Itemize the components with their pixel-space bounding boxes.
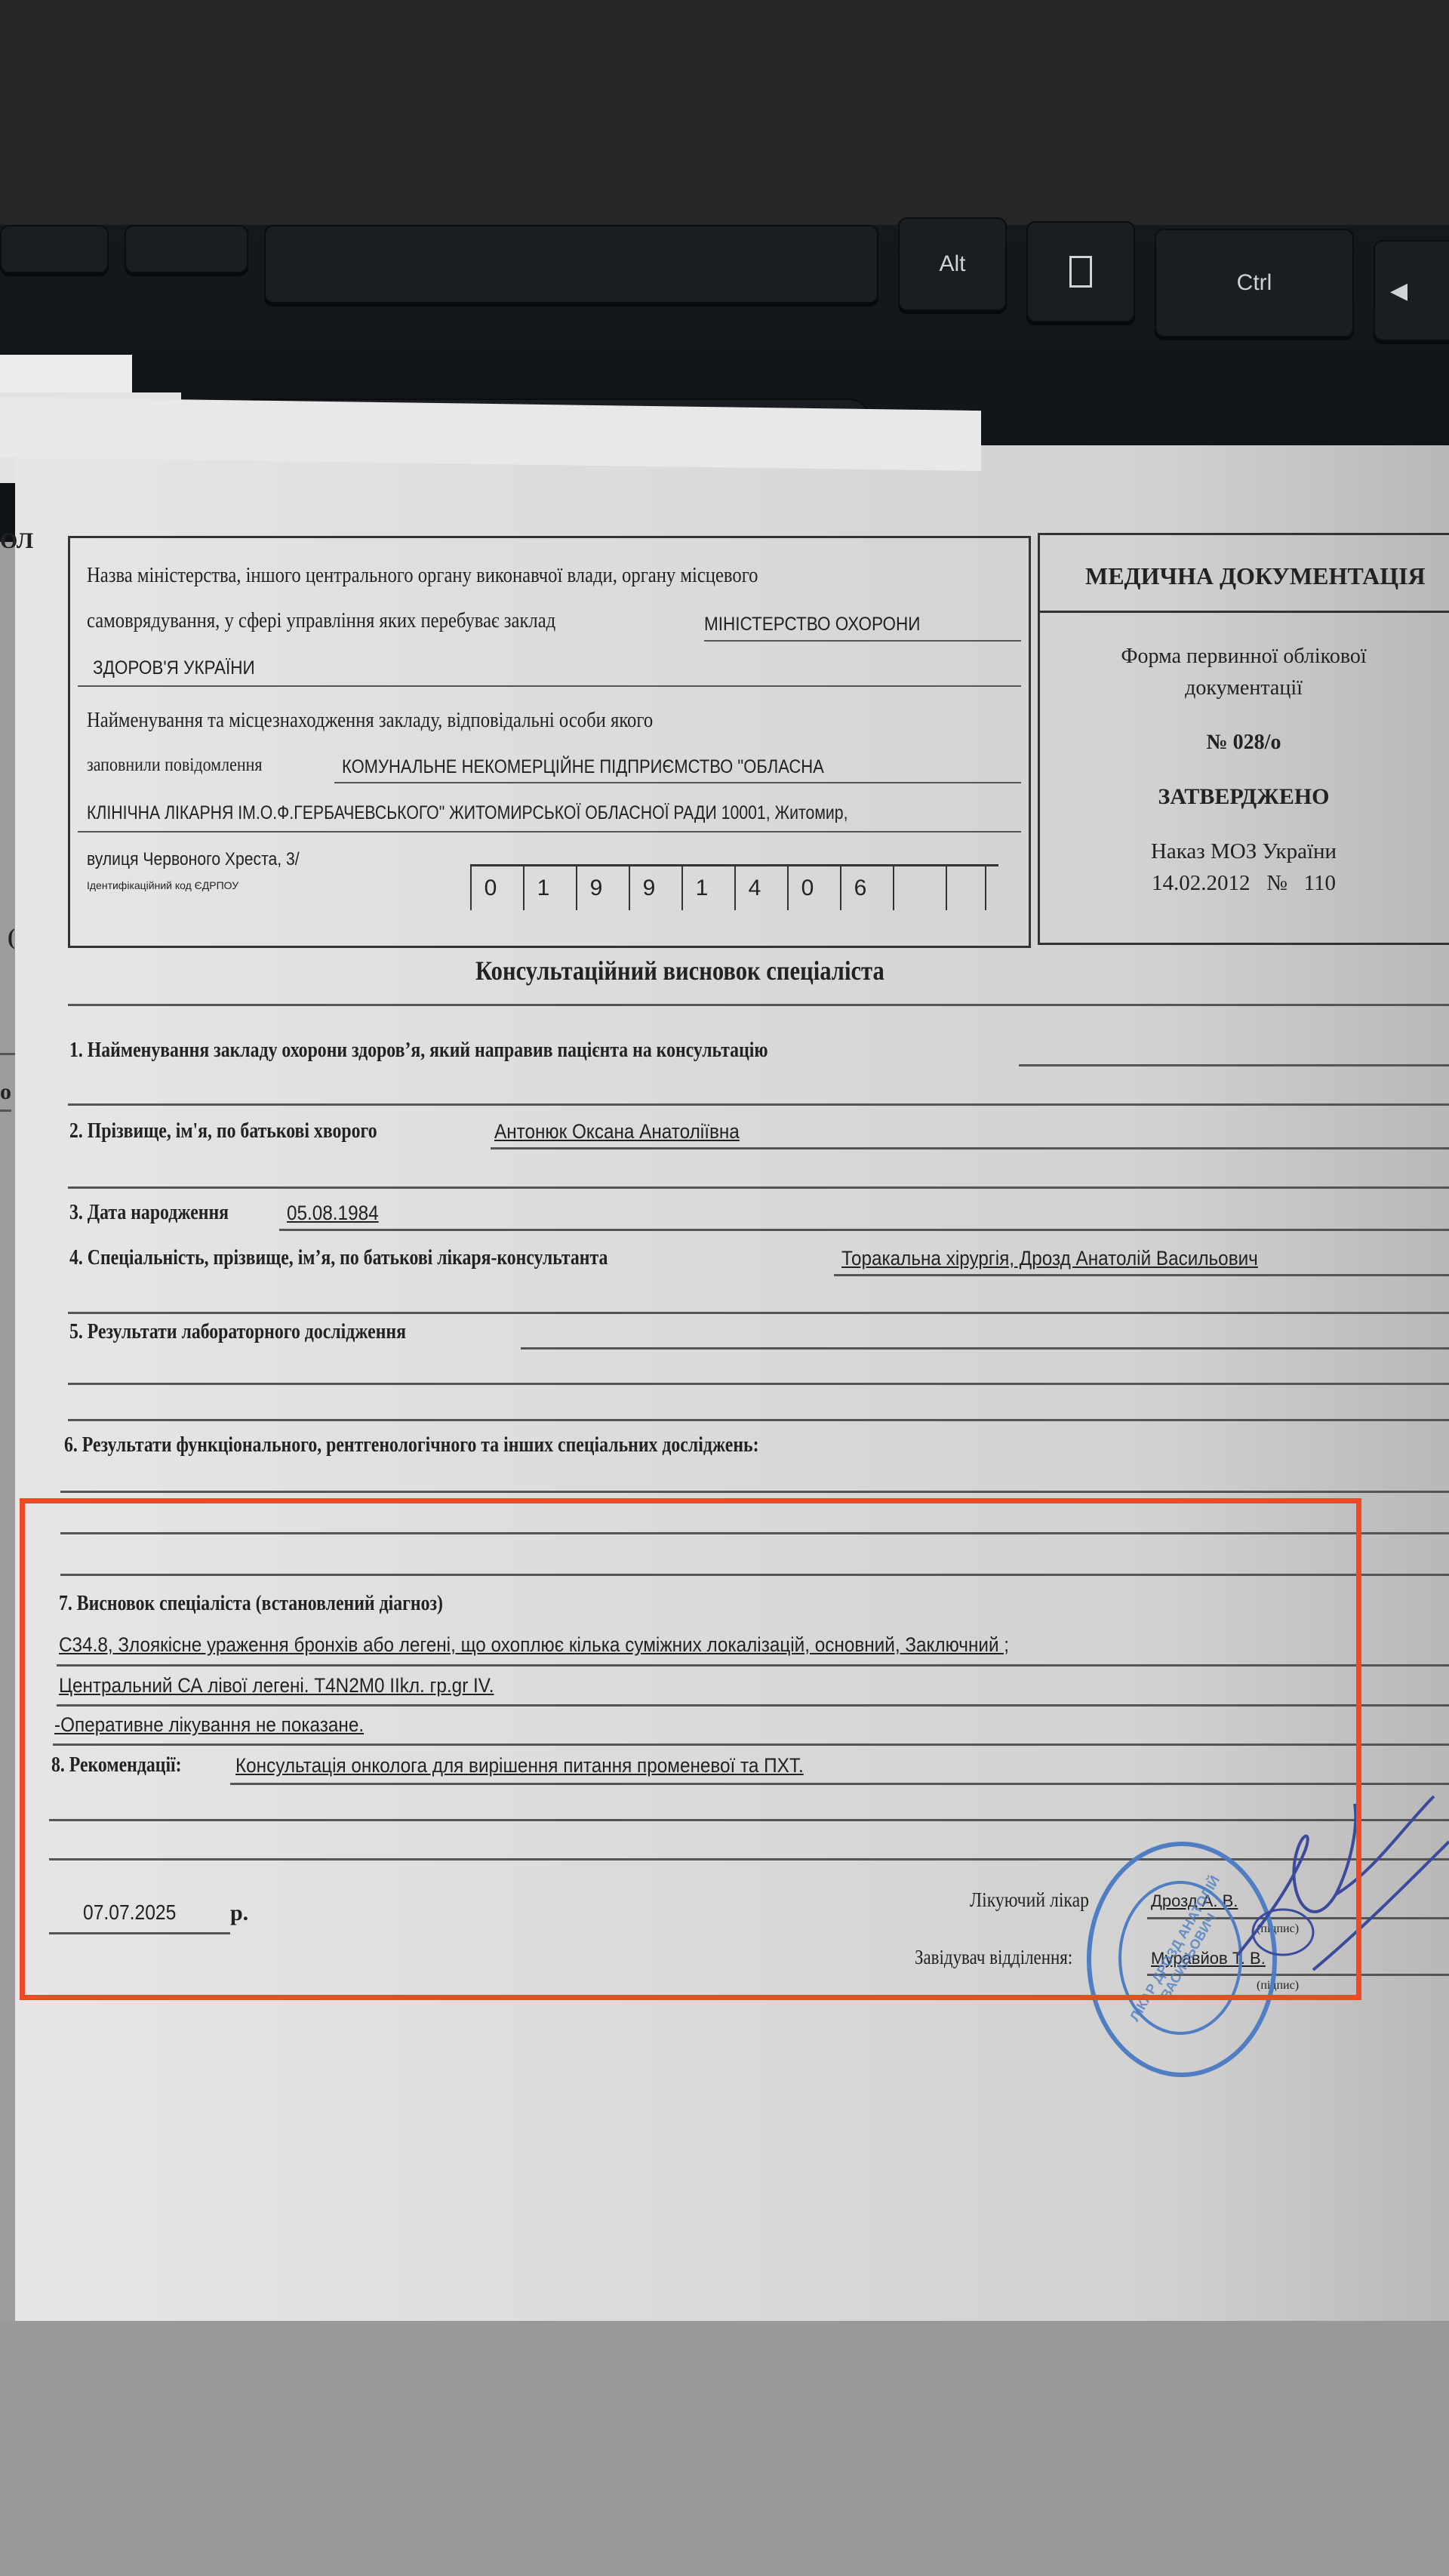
underlying-page-text: о [0, 1079, 11, 1105]
field-underline [78, 685, 1021, 687]
page-top-edge [0, 397, 981, 471]
institution-value: КОМУНАЛЬНЕ НЕКОМЕРЦІЙНЕ ПІДПРИЄМСТВО "ОБ… [342, 756, 824, 778]
institution-address: вулиця Червоного Хреста, 3/ [87, 849, 300, 870]
consultant-value: Торакальна хірургія, Дрозд Анатолій Васи… [841, 1247, 1258, 1270]
keyboard-key-ctrl: Ctrl [1155, 229, 1354, 337]
keyboard-key-arrow: ◀ [1374, 240, 1449, 341]
order-date-line: 14.02.2012 № 110 [1040, 867, 1447, 899]
edrpou-digit: 9 [629, 866, 668, 910]
approved-label: ЗАТВЕРДЖЕНО [1040, 781, 1447, 813]
item-4-field-line [834, 1274, 1449, 1276]
underlying-page-line [0, 1053, 15, 1055]
title-underline [68, 1004, 1449, 1006]
blank-line [68, 1383, 1449, 1385]
institution-label: Найменування та місцезнаходження закладу… [87, 709, 653, 733]
keyboard-key-alt: Alt [898, 217, 1007, 311]
edrpou-digit: 1 [681, 866, 721, 910]
ministry-value: МІНІСТЕРСТВО ОХОРОНИ [704, 614, 920, 636]
item-1-label: 1. Найменування закладу охорони здоров’я… [69, 1038, 768, 1063]
edrpou-digit: 0 [470, 866, 509, 910]
item-1-field-line [1019, 1064, 1449, 1066]
edrpou-digit: 0 [787, 866, 826, 910]
item-5-label: 5. Результати лабораторного дослідження [69, 1319, 406, 1344]
bottom-gray-bar [0, 2321, 1449, 2576]
edrpou-digit: 9 [576, 866, 615, 910]
underlying-page-text: ОЛ [0, 528, 33, 554]
blank-line [68, 1419, 1449, 1421]
divider [1040, 611, 1449, 613]
patient-name-value: Антонюк Оксана Анатоліївна [494, 1120, 740, 1143]
item-2-label: 2. Прізвище, ім'я, по батькові хворого [69, 1119, 377, 1143]
keyboard-key [0, 225, 109, 273]
item-6-label: 6. Результати функціонального, рентгенол… [64, 1433, 759, 1457]
edrpou-digit: 1 [523, 866, 562, 910]
edrpou-digit: 6 [840, 866, 879, 910]
form-info-box: МЕДИЧНА ДОКУМЕНТАЦІЯ Форма первинної обл… [1038, 533, 1449, 945]
blank-line [68, 1103, 1449, 1106]
institution-label: заповнили повідомлення [87, 755, 263, 776]
edrpou-digit [893, 866, 932, 910]
form-description: Форма первинної облікової документації №… [1040, 641, 1447, 899]
field-underline [334, 782, 1021, 783]
item-4-label: 4. Спеціальність, прізвище, ім’я, по бат… [69, 1245, 608, 1270]
blank-line [68, 1312, 1449, 1314]
item-3-field-line [279, 1229, 1449, 1231]
field-underline [704, 640, 1021, 642]
edrpou-code-grid: 0 1 9 9 1 4 0 6 [470, 864, 998, 910]
birth-date-value: 05.08.1984 [287, 1202, 379, 1225]
keyboard-spacebar [264, 225, 878, 303]
ministry-label: самоврядування, у сфері управління яких … [87, 609, 555, 633]
menu-icon [1069, 256, 1092, 288]
item-2-field-line [491, 1147, 1449, 1150]
underlying-page-text: ( [8, 925, 15, 950]
edrpou-digit: 4 [734, 866, 774, 910]
edrpou-digit [946, 866, 986, 910]
underlying-page-line [0, 1109, 11, 1112]
field-underline [78, 831, 1021, 833]
edrpou-label: Ідентифікаційний код ЄДРПОУ [87, 879, 238, 891]
institution-value: КЛІНІЧНА ЛІКАРНЯ ІМ.О.Ф.ГЕРБАЧЕВСЬКОГО" … [87, 802, 848, 824]
order-line: Наказ МОЗ України [1040, 836, 1447, 867]
institution-info-box: Назва міністерства, іншого центрального … [68, 536, 1031, 948]
top-dark-bar [0, 0, 1449, 225]
item-3-label: 3. Дата народження [69, 1200, 229, 1225]
blank-line [60, 1491, 1449, 1493]
keyboard-key-menu [1026, 221, 1135, 322]
blank-line [68, 1186, 1449, 1189]
highlight-annotation-box [20, 1498, 1361, 2000]
form-number: № 028/о [1040, 727, 1447, 759]
ministry-value: ЗДОРОВ'Я УКРАЇНИ [93, 657, 255, 679]
keyboard-key [125, 225, 248, 273]
document-title: Консультаційний висновок спеціаліста [475, 955, 884, 986]
ministry-label: Назва міністерства, іншого центрального … [87, 564, 758, 588]
medical-documentation-title: МЕДИЧНА ДОКУМЕНТАЦІЯ [1085, 562, 1426, 590]
item-5-field-line [521, 1347, 1449, 1350]
